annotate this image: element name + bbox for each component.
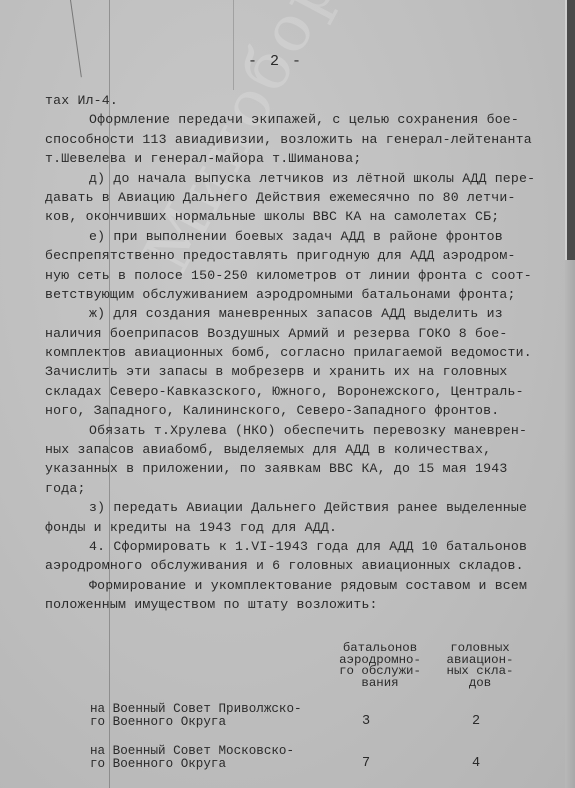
- text-line: Формирование и укомплектование рядовым с…: [45, 576, 545, 595]
- text-line: комплектов авиационных бомб, согласно пр…: [45, 343, 545, 362]
- text-line: тах Ил-4.: [45, 91, 545, 110]
- depots-value: 4: [472, 756, 480, 771]
- page-edge: [565, 260, 575, 788]
- text-line: наличия боеприпасов Воздушных Армий и ре…: [45, 324, 545, 343]
- film-scratch: [70, 0, 82, 77]
- text-line: ных запасов авиабомб, выделяемых для АДД…: [45, 440, 545, 459]
- column-header-depots: головных авиацион- ных скла- дов: [440, 643, 520, 689]
- text-line: беспрепятственно предоставлять пригодную…: [45, 246, 545, 265]
- battalions-value: 3: [362, 714, 370, 729]
- text-line: т.Шевелева и генерал-майора т.Шиманова;: [45, 149, 545, 168]
- text-line: ную сеть в полосе 150-250 километров от …: [45, 266, 545, 285]
- text-line: е) при выполнении боевых задач АДД в рай…: [45, 227, 545, 246]
- text-line: Обязать т.Хрулева (НКО) обеспечить перев…: [45, 421, 545, 440]
- row-label: на Военный Совет Московско- го Военного …: [90, 745, 294, 770]
- text-line: ж) для создания маневренных запасов АДД …: [45, 304, 545, 323]
- text-line: д) до начала выпуска летчиков из лётной …: [45, 169, 545, 188]
- page-number: - 2 -: [248, 53, 303, 70]
- text-line: года;: [45, 479, 545, 498]
- row-label: на Военный Совет Приволжско- го Военного…: [90, 703, 302, 728]
- column-header-battalions: батальонов аэродромно- го обслужи- вания: [330, 643, 430, 689]
- text-line: положенным имуществом по штату возложить…: [45, 595, 545, 614]
- text-line: аэродромного обслуживания и 6 головных а…: [45, 556, 545, 575]
- text-line: з) передать Авиации Дальнего Действия ра…: [45, 498, 545, 517]
- table-row: на Военный Совет Приволжско- го Военного…: [90, 703, 510, 745]
- text-line: 4. Сформировать к 1.VI-1943 года для АДД…: [45, 537, 545, 556]
- allocation-table: на Военный Совет Приволжско- го Военного…: [90, 703, 510, 787]
- document-body: тах Ил-4.Оформление передачи экипажей, с…: [45, 91, 545, 615]
- text-line: ветствующим обслуживанием аэродромными б…: [45, 285, 545, 304]
- film-scratch: [233, 0, 234, 90]
- depots-value: 2: [472, 714, 480, 729]
- text-line: ного, Западного, Калининского, Северо-За…: [45, 401, 545, 420]
- text-line: Зачислить эти запасы в мобрезерв и храни…: [45, 362, 545, 381]
- text-line: складах Северо-Кавказского, Южного, Воро…: [45, 382, 545, 401]
- battalions-value: 7: [362, 756, 370, 771]
- text-line: ков, окончивших нормальные школы ВВС КА …: [45, 207, 545, 226]
- text-line: давать в Авиацию Дальнего Действия ежеме…: [45, 188, 545, 207]
- text-line: способности 113 авиадивизии, возложить н…: [45, 130, 545, 149]
- text-line: указанных в приложении, по заявкам ВВС К…: [45, 459, 545, 478]
- text-line: Оформление передачи экипажей, с целью со…: [45, 110, 545, 129]
- page-edge-shadow: [565, 0, 575, 260]
- table-row: на Военный Совет Московско- го Военного …: [90, 745, 510, 787]
- text-line: фонды и кредиты на 1943 год для АДД.: [45, 518, 545, 537]
- document-page: Минобороны - 2 - тах Ил-4.Оформление пер…: [0, 0, 565, 788]
